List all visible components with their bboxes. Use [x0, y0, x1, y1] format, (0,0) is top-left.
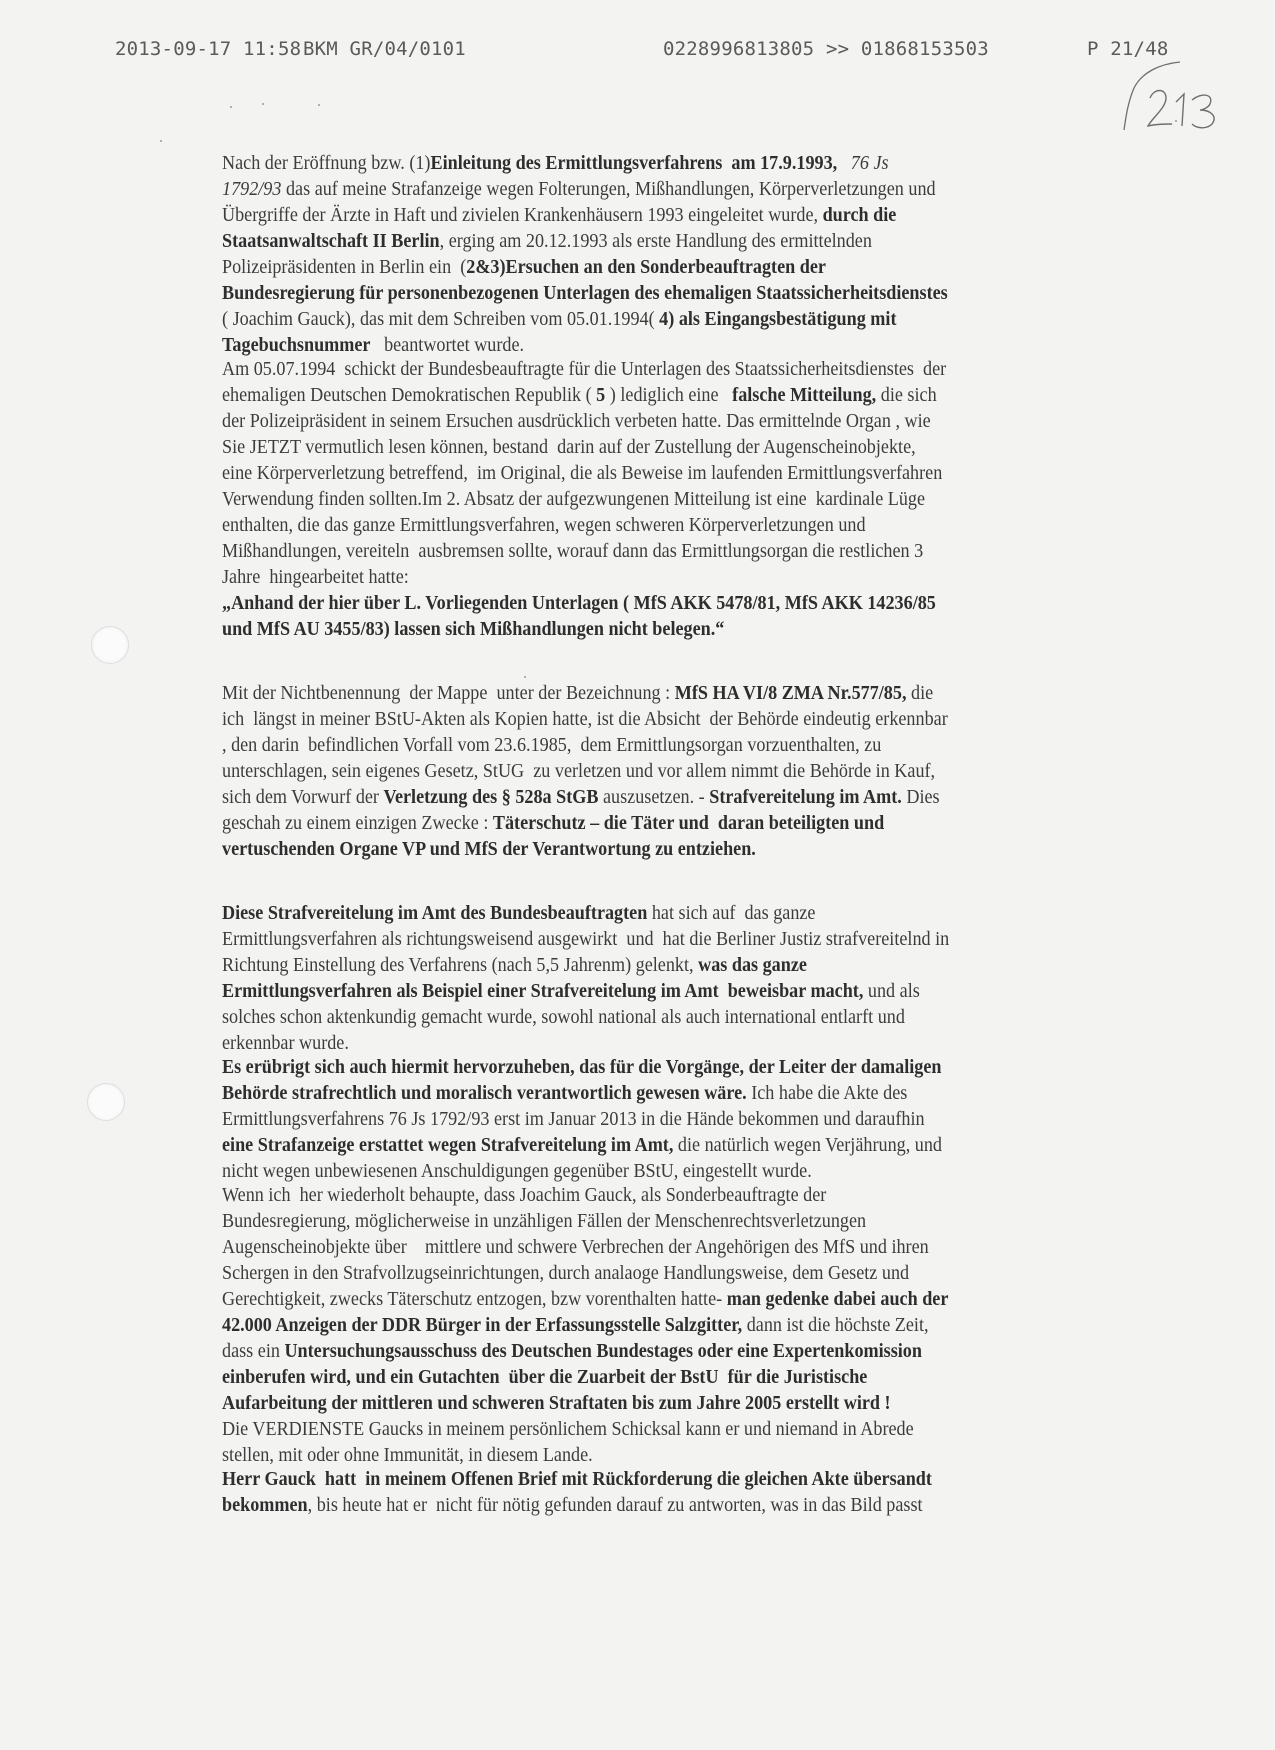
text-segment: Nach der Eröffnung bzw. (1) [222, 153, 430, 174]
bold-text-segment: falsche Mitteilung, [732, 385, 876, 406]
bold-text-segment: Tagebuchsnummer [222, 335, 370, 356]
text-line: Ermittlungsverfahren als richtungsweisen… [222, 928, 949, 952]
text-line: vertuschenden Organe VP und MfS der Vera… [222, 838, 756, 862]
text-line: und MfS AU 3455/83) lassen sich Mißhandl… [222, 618, 724, 642]
bold-text-segment: durch die [823, 205, 897, 226]
bold-text-segment: Verletzung des § 528a StGB [384, 787, 599, 808]
text-line: eine Strafanzeige erstattet wegen Strafv… [222, 1134, 942, 1158]
bold-text-segment: 4) als Eingangsbestätigung mit [659, 309, 896, 330]
punch-hole-top [91, 626, 129, 664]
text-line: Aufarbeitung der mittleren und schweren … [222, 1392, 891, 1416]
text-line: Mit der Nichtbenennung der Mappe unter d… [222, 682, 933, 706]
text-line: einberufen wird, und ein Gutachten über … [222, 1366, 867, 1390]
fax-route: 0228996813805 >> 01868153503 [663, 38, 989, 60]
text-segment: erkennbar wurde. [222, 1033, 349, 1054]
text-line: unterschlagen, sein eigenes Gesetz, StUG… [222, 760, 935, 784]
text-line: Augenscheinobjekte über mittlere und sch… [222, 1236, 929, 1260]
text-segment: der Polizeipräsident in seinem Ersuchen … [222, 411, 931, 432]
text-segment: Am 05.07.1994 schickt der Bundesbeauftra… [222, 359, 946, 380]
text-segment: auszusetzen. - [598, 787, 709, 808]
text-segment: Mit der Nichtbenennung der Mappe unter d… [222, 683, 675, 704]
bold-text-segment: Bundesregierung für personenbezogenen Un… [222, 283, 948, 304]
text-segment: eine Körperverletzung betreffend, im Ori… [222, 463, 942, 484]
text-segment: Augenscheinobjekte über mittlere und sch… [222, 1237, 929, 1258]
text-line: Übergriffe der Ärzte in Haft und ziviele… [222, 204, 896, 228]
text-segment: Übergriffe der Ärzte in Haft und ziviele… [222, 205, 823, 226]
text-segment: dann ist die höchste Zeit, [742, 1315, 928, 1336]
text-line: Die VERDIENSTE Gaucks in meinem persönli… [222, 1418, 914, 1442]
text-line: ich längst in meiner BStU-Akten als Kopi… [222, 708, 948, 732]
text-segment: dass ein [222, 1341, 284, 1362]
handwritten-page-number: 213 [1120, 58, 1240, 138]
text-segment: Dies [902, 787, 940, 808]
text-line: Diese Strafvereitelung im Amt des Bundes… [222, 902, 815, 926]
text-segment: Die VERDIENSTE Gaucks in meinem persönli… [222, 1419, 914, 1440]
text-segment: enthalten, die das ganze Ermittlungsverf… [222, 515, 866, 536]
text-segment: Gerechtigkeit, zwecks Täterschutz entzog… [222, 1289, 727, 1310]
italic-text-segment: 1792/93 [222, 179, 281, 200]
text-line: nicht wegen unbewiesenen Anschuldigungen… [222, 1160, 812, 1184]
text-line: geschah zu einem einzigen Zwecke : Täter… [222, 812, 884, 836]
text-line: Schergen in den Strafvollzugseinrichtung… [222, 1262, 909, 1286]
bold-text-segment: Diese Strafvereitelung im Amt des Bundes… [222, 903, 647, 924]
fax-datetime: 2013-09-17 11:58 [115, 38, 301, 60]
text-segment: Ermittlungsverfahrens 76 Js 1792/93 erst… [222, 1109, 925, 1130]
bold-text-segment: 2&3)Ersuchen an den Sonderbeauftragten d… [466, 257, 826, 278]
bold-text-segment: Einleitung des Ermittlungsverfahrens am … [430, 153, 837, 174]
text-segment: , den darin befindlichen Vorfall vom 23.… [222, 735, 881, 756]
text-segment: Mißhandlungen, vereiteln ausbremsen soll… [222, 541, 923, 562]
text-line: Sie JETZT vermutlich lesen können, besta… [222, 436, 916, 460]
scanned-fax-page: 2013-09-17 11:58 BKM GR/04/0101 02289968… [0, 0, 1275, 1750]
bold-text-segment: Es erübrigt sich auch hiermit hervorzuhe… [222, 1057, 942, 1078]
bold-text-segment: Staatsanwaltschaft II Berlin [222, 231, 440, 252]
bold-text-segment: 42.000 Anzeigen der DDR Bürger in der Er… [222, 1315, 742, 1336]
text-segment: Schergen in den Strafvollzugseinrichtung… [222, 1263, 909, 1284]
bold-text-segment: Aufarbeitung der mittleren und schweren … [222, 1393, 891, 1414]
text-line: „Anhand der hier über L. Vorliegenden Un… [222, 592, 936, 616]
fax-sender-id: BKM GR/04/0101 [303, 38, 466, 60]
text-line: 42.000 Anzeigen der DDR Bürger in der Er… [222, 1314, 929, 1338]
text-line: Richtung Einstellung des Verfahrens (nac… [222, 954, 807, 978]
text-line: Staatsanwaltschaft II Berlin, erging am … [222, 230, 872, 254]
text-line: Es erübrigt sich auch hiermit hervorzuhe… [222, 1056, 942, 1080]
text-line: Mißhandlungen, vereiteln ausbremsen soll… [222, 540, 923, 564]
bold-text-segment: bekommen [222, 1495, 308, 1516]
text-line: ( Joachim Gauck), das mit dem Schreiben … [222, 308, 896, 332]
text-segment: das auf meine Strafanzeige wegen Folteru… [281, 179, 935, 200]
text-segment: Bundesregierung, möglicherweise in unzäh… [222, 1211, 866, 1232]
text-segment: geschah zu einem einzigen Zwecke : [222, 813, 493, 834]
text-line: Tagebuchsnummer beantwortet wurde. [222, 334, 524, 358]
text-line: eine Körperverletzung betreffend, im Ori… [222, 462, 942, 486]
text-line: Bundesregierung, möglicherweise in unzäh… [222, 1210, 866, 1234]
bold-text-segment: und MfS AU 3455/83) lassen sich Mißhandl… [222, 619, 724, 640]
text-segment: ( Joachim Gauck), das mit dem Schreiben … [222, 309, 659, 330]
text-segment: Richtung Einstellung des Verfahrens (nac… [222, 955, 698, 976]
text-line: stellen, mit oder ohne Immunität, in die… [222, 1444, 593, 1468]
text-segment: , erging am 20.12.1993 als erste Handlun… [440, 231, 872, 252]
bold-text-segment: „Anhand der hier über L. Vorliegenden Un… [222, 593, 936, 614]
text-segment: die natürlich wegen Verjährung, und [673, 1135, 942, 1156]
text-segment: und als [863, 981, 919, 1002]
text-line: Ermittlungsverfahren als Beispiel einer … [222, 980, 920, 1004]
text-line: solches schon aktenkundig gemacht wurde,… [222, 1006, 905, 1030]
text-segment: die [906, 683, 933, 704]
bold-text-segment: was das ganze [698, 955, 807, 976]
text-line: Bundesregierung für personenbezogenen Un… [222, 282, 948, 306]
fax-transmission-header: 2013-09-17 11:58 BKM GR/04/0101 02289968… [0, 38, 1275, 68]
bold-text-segment: Strafvereitelung im Amt. [709, 787, 902, 808]
fax-page-counter: P 21/48 [1087, 38, 1168, 60]
bold-text-segment: man gedenke dabei auch der [727, 1289, 949, 1310]
text-segment: Polizeipräsidenten in Berlin ein ( [222, 257, 466, 278]
text-segment: solches schon aktenkundig gemacht wurde,… [222, 1007, 905, 1028]
text-segment: Wenn ich her wiederholt behaupte, dass J… [222, 1185, 826, 1206]
text-line: Polizeipräsidenten in Berlin ein (2&3)Er… [222, 256, 826, 280]
bold-text-segment: Behörde strafrechtlich und moralisch ver… [222, 1083, 747, 1104]
text-line: Verwendung finden sollten.Im 2. Absatz d… [222, 488, 925, 512]
text-segment: unterschlagen, sein eigenes Gesetz, StUG… [222, 761, 935, 782]
text-segment: Sie JETZT vermutlich lesen können, besta… [222, 437, 916, 458]
text-segment: stellen, mit oder ohne Immunität, in die… [222, 1445, 593, 1466]
text-segment: beantwortet wurde. [370, 335, 524, 356]
text-segment: Verwendung finden sollten.Im 2. Absatz d… [222, 489, 925, 510]
text-line: sich dem Vorwurf der Verletzung des § 52… [222, 786, 940, 810]
text-line: bekommen, bis heute hat er nicht für nöt… [222, 1494, 923, 1518]
text-segment: ich längst in meiner BStU-Akten als Kopi… [222, 709, 948, 730]
text-segment: nicht wegen unbewiesenen Anschuldigungen… [222, 1161, 812, 1182]
bold-text-segment: MfS HA VI/8 ZMA Nr.577/85, [675, 683, 907, 704]
text-segment: sich dem Vorwurf der [222, 787, 384, 808]
text-segment: Ermittlungsverfahren als richtungsweisen… [222, 929, 949, 950]
handwritten-213-icon [1120, 58, 1240, 138]
text-segment: Ich habe die Akte des [747, 1083, 908, 1104]
text-segment: ehemaligen Deutschen Demokratischen Repu… [222, 385, 596, 406]
bold-text-segment: einberufen wird, und ein Gutachten über … [222, 1367, 867, 1388]
bold-text-segment: Untersuchungsausschuss des Deutschen Bun… [284, 1341, 922, 1362]
text-segment: hat sich auf das ganze [647, 903, 815, 924]
bold-text-segment: Herr Gauck hatt in meinem Offenen Brief … [222, 1469, 932, 1490]
text-segment: die sich [876, 385, 936, 406]
text-line: 1792/93 das auf meine Strafanzeige wegen… [222, 178, 936, 202]
text-line: dass ein Untersuchungsausschuss des Deut… [222, 1340, 922, 1364]
text-line: Wenn ich her wiederholt behaupte, dass J… [222, 1184, 826, 1208]
bold-text-segment: vertuschenden Organe VP und MfS der Vera… [222, 839, 756, 860]
text-line: ehemaligen Deutschen Demokratischen Repu… [222, 384, 937, 408]
italic-text-segment: 76 Js [837, 153, 888, 174]
text-line: Ermittlungsverfahrens 76 Js 1792/93 erst… [222, 1108, 925, 1132]
text-line: Am 05.07.1994 schickt der Bundesbeauftra… [222, 358, 946, 382]
bold-text-segment: Ermittlungsverfahren als Beispiel einer … [222, 981, 863, 1002]
text-line: Gerechtigkeit, zwecks Täterschutz entzog… [222, 1288, 948, 1312]
text-segment: ) lediglich eine [605, 385, 732, 406]
text-line: Nach der Eröffnung bzw. (1)Einleitung de… [222, 152, 889, 176]
text-line: der Polizeipräsident in seinem Ersuchen … [222, 410, 931, 434]
bold-text-segment: 5 [596, 385, 605, 406]
bold-text-segment: Täterschutz – die Täter und daran beteil… [493, 813, 884, 834]
text-line: erkennbar wurde. [222, 1032, 349, 1056]
text-line: Jahre hingearbeitet hatte: [222, 566, 409, 590]
text-line: , den darin befindlichen Vorfall vom 23.… [222, 734, 881, 758]
text-line: enthalten, die das ganze Ermittlungsverf… [222, 514, 866, 538]
text-segment: Jahre hingearbeitet hatte: [222, 567, 409, 588]
bold-text-segment: eine Strafanzeige erstattet wegen Strafv… [222, 1135, 673, 1156]
text-segment: , bis heute hat er nicht für nötig gefun… [308, 1495, 923, 1516]
text-line: Behörde strafrechtlich und moralisch ver… [222, 1082, 907, 1106]
text-line: Herr Gauck hatt in meinem Offenen Brief … [222, 1468, 932, 1492]
punch-hole-bottom [87, 1083, 125, 1121]
